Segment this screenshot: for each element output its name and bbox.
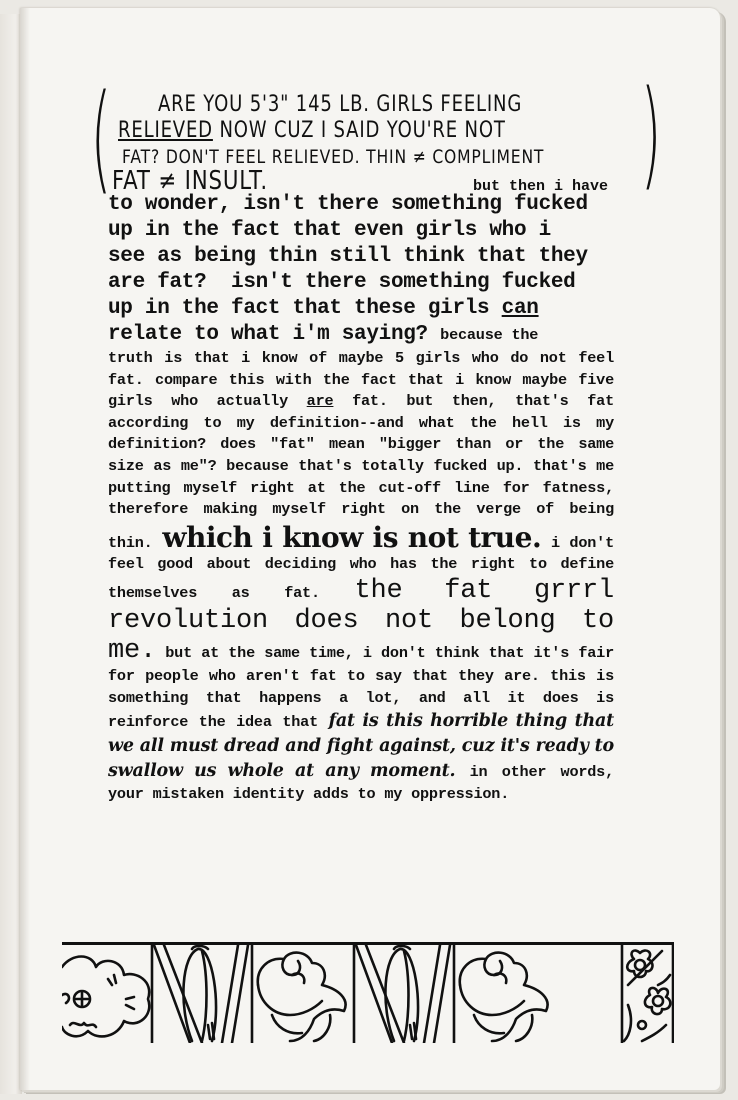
underlined-can: can [502, 297, 539, 320]
large-last-text: relate to what i'm saying? [108, 323, 440, 346]
large-type-line: to wonder, isn't there something fucked [108, 192, 614, 218]
serif-emphasis: which i know is not true. [153, 521, 551, 554]
page-gutter [20, 8, 30, 1090]
opening-phrase: but then i have [473, 178, 608, 195]
tulip-icon [356, 945, 450, 1043]
small-lead-in: because the [440, 326, 538, 344]
large-type-last-line: relate to what i'm saying? because the [108, 322, 614, 348]
large-type-line: are fat? isn't there something fucked [108, 270, 614, 296]
large-type-line: see as being thin still think that they [108, 244, 614, 270]
pansy-icon [62, 957, 149, 1037]
right-parenthesis-icon: ) [641, 74, 662, 192]
rose-icon [258, 953, 346, 1041]
facing-page-edge [0, 14, 22, 1094]
handwritten-line-3: fat? don't feel relieved. thin ≠ complim… [122, 146, 544, 168]
handwritten-line-1: are you 5'3" 145 lb. girls feeling [158, 92, 522, 117]
rose-icon [460, 953, 548, 1041]
underlined-are: are [307, 392, 334, 410]
left-parenthesis-icon: ( [91, 78, 112, 196]
floral-border [62, 942, 674, 1045]
large-type-line: up in the fact that even girls who i [108, 218, 614, 244]
small-type-block: truth is that i know of maybe 5 girls wh… [108, 348, 614, 806]
large-type-line: up in the fact that these girls can [108, 296, 614, 322]
handwritten-underlined-word: relieved [118, 118, 213, 143]
small-flowers-icon [624, 951, 670, 1041]
large-type-block: to wonder, isn't there something fuckedu… [108, 192, 614, 322]
tulip-icon [154, 945, 248, 1043]
handwritten-line-2: relieved now cuz i said you're not [118, 118, 506, 143]
handwritten-line-2-rest: now cuz i said you're not [213, 118, 506, 143]
zine-body-text: but then i have to wonder, isn't there s… [108, 180, 614, 806]
